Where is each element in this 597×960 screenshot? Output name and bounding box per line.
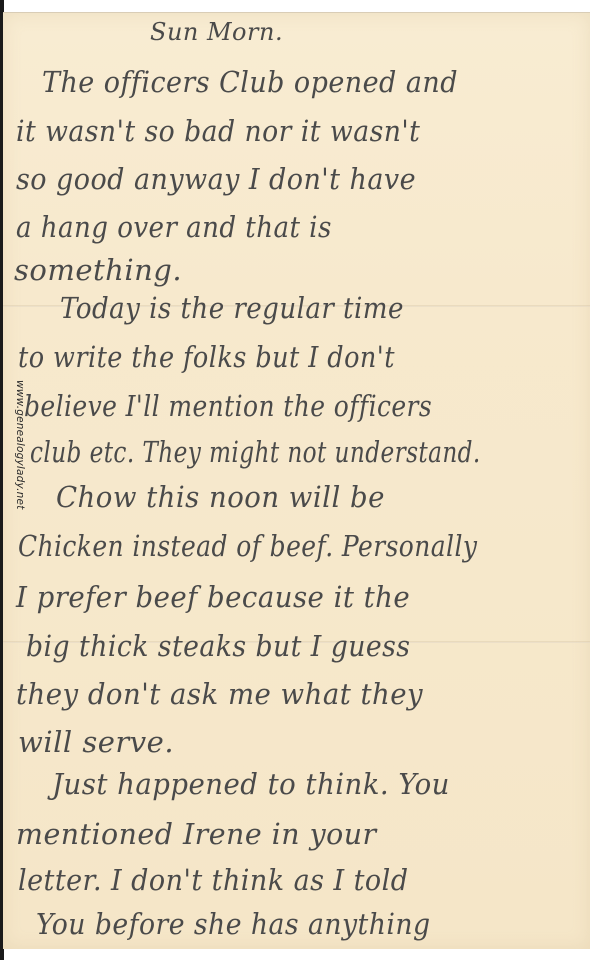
letter-line: Just happened to think. You [52, 770, 450, 799]
letter-body: Sun Morn. The officers Club opened and i… [0, 0, 597, 960]
letter-line: to write the folks but I don't [18, 343, 395, 372]
letter-line: will serve. [18, 728, 174, 757]
letter-line: Today is the regular time [60, 294, 404, 323]
letter-line: I prefer beef because it the [16, 583, 410, 612]
letter-line: Chicken instead of beef. Personally [18, 532, 477, 561]
letter-line: The officers Club opened and [42, 68, 458, 97]
letter-line: believe I'll mention the officers [24, 392, 432, 421]
letter-line: so good anyway I don't have [16, 165, 416, 194]
letter-line: letter. I don't think as I told [18, 866, 408, 895]
letter-line: it wasn't so bad nor it wasn't [16, 117, 420, 146]
letter-line: a hang over and that is [16, 213, 332, 242]
letter-line: mentioned Irene in your [16, 820, 377, 849]
letter-heading: Sun Morn. [150, 20, 283, 44]
letter-line: something. [14, 256, 182, 285]
letter-line: You before she has anything [36, 910, 431, 939]
letter-line: club etc. They might not understand. [30, 438, 481, 467]
letter-line: big thick steaks but I guess [26, 632, 410, 661]
letter-line: they don't ask me what they [16, 680, 423, 709]
letter-line: Chow this noon will be [56, 483, 385, 512]
